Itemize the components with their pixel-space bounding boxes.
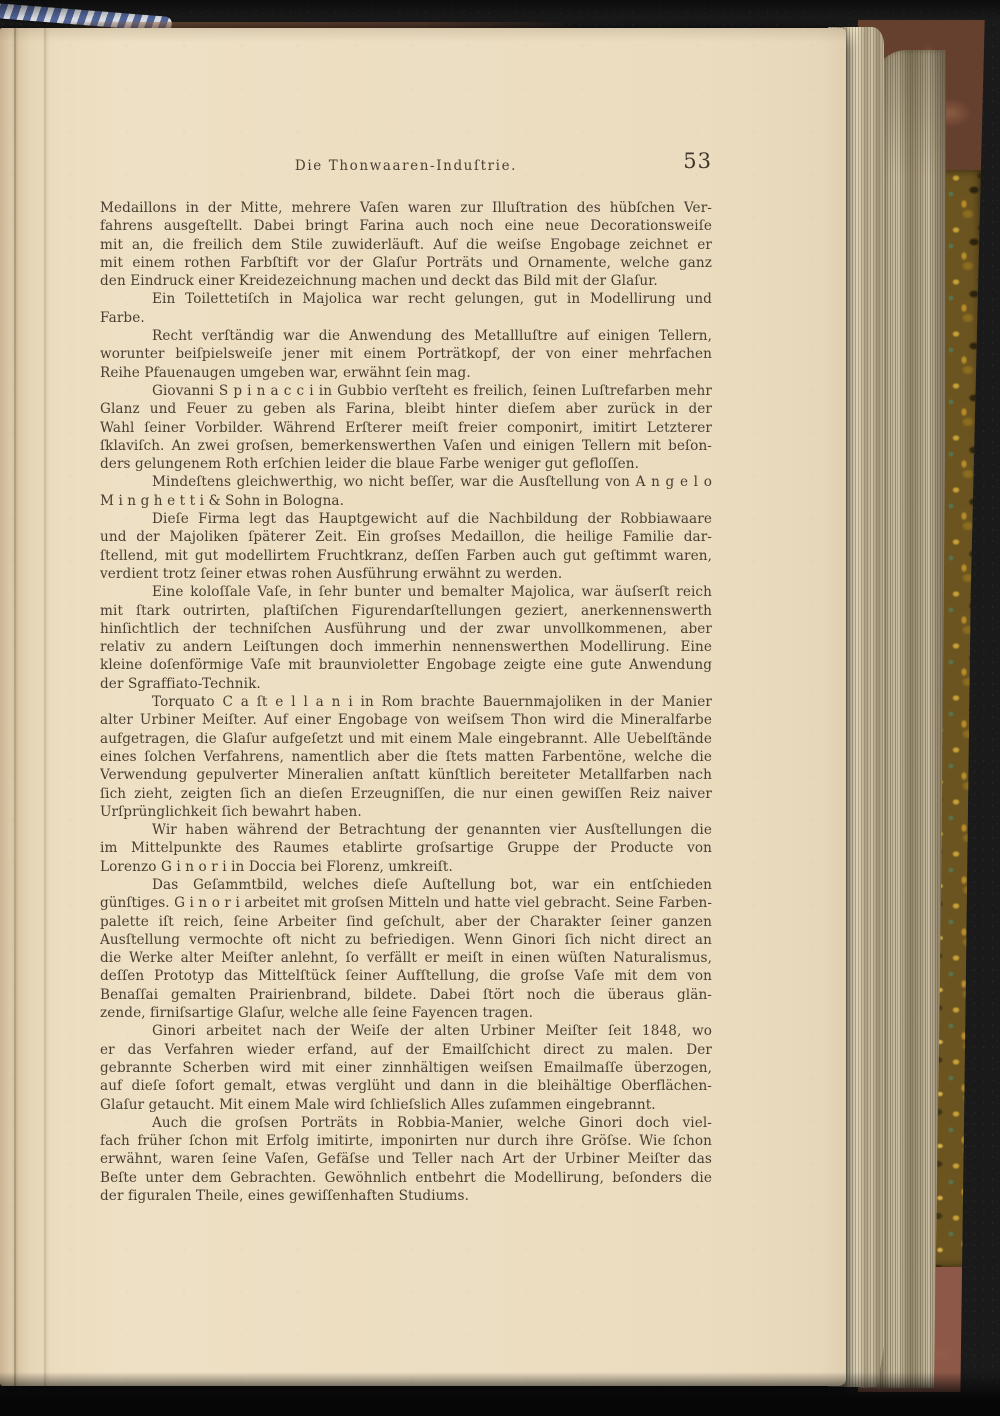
- page-text: Medaillons in der Mitte, mehrere Vaſen w…: [100, 199, 712, 1205]
- text-line: eines ſolchen Verfahrens, namentlich abe…: [100, 748, 712, 766]
- text-line: den Eindruck einer Kreidezeichnung mache…: [100, 272, 712, 290]
- text-line: der Sgraffiato-Technik.: [100, 675, 712, 693]
- text-line: verdient trotz ſeiner etwas rohen Ausfüh…: [100, 565, 712, 583]
- text-line: gebrannte Scherben wird mit einer zinnhä…: [100, 1059, 712, 1077]
- text-line: mit einem rothen Farbſtift vor der Glaſu…: [100, 254, 712, 272]
- text-line: ſich zieht, zeigten ſich an dieſen Erzeu…: [100, 785, 712, 803]
- text-line: mit an, die freilich dem Stile zuwiderlä…: [100, 236, 712, 254]
- text-line: Das Geſammtbild, welches dieſe Auſtellun…: [100, 876, 712, 894]
- text-line: aufgetragen, die Glaſur aufgeſetzt und m…: [100, 730, 712, 748]
- text-line: relativ zu andern Leiſtungen doch immerh…: [100, 638, 712, 656]
- book-scan: Die Thonwaaren-Induſtrie. 53 Medaillons …: [0, 0, 1000, 1416]
- bottom-shadow: [0, 1372, 1000, 1416]
- text-line: Mindeſtens gleichwerthig, wo nicht beſſe…: [100, 473, 712, 491]
- text-line: die Werke alter Meiſter anlehnt, ſo verf…: [100, 949, 712, 967]
- text-line: Beſte unter dem Gebrachten. Gewöhnlich e…: [100, 1169, 712, 1187]
- text-line: Dieſe Firma legt das Hauptgewicht auf di…: [100, 510, 712, 528]
- text-line: Wahl ſeiner Vorbilder. Während Erſterer …: [100, 419, 712, 437]
- text-line: Eine koloſſale Vaſe, in ſehr bunter und …: [100, 583, 712, 601]
- text-line: mit ſtark outrirten, plaſtiſchen Figuren…: [100, 602, 712, 620]
- page-content: Die Thonwaaren-Induſtrie. 53 Medaillons …: [100, 155, 712, 1205]
- text-line: ſklaviſch. An zwei groſsen, bemerkenswer…: [100, 437, 712, 455]
- text-line: er das Verfahren wieder erfand, auf der …: [100, 1041, 712, 1059]
- text-line: Benaſſai gemalten Prairienbrand, bildete…: [100, 986, 712, 1004]
- text-line: fahrens ausgeſtellt. Dabei bringt Farina…: [100, 217, 712, 235]
- text-line: Glaſur getaucht. Mit einem Male wird ſch…: [100, 1096, 712, 1114]
- text-line: zende, firniſsartige Glaſur, welche alle…: [100, 1004, 712, 1022]
- text-line: Torquato C a ſt e l l a n i in Rom brach…: [100, 693, 712, 711]
- text-line: kleine doſenförmige Vaſe mit braunviolet…: [100, 656, 712, 674]
- text-line: ders gelungenem Roth erſchien leider die…: [100, 455, 712, 473]
- text-line: Auch die groſsen Porträts in Robbia-Mani…: [100, 1114, 712, 1132]
- text-line: M i n g h e t t i & Sohn in Bologna.: [100, 492, 712, 510]
- text-line: alter Urbiner Meiſter. Auf einer Engobag…: [100, 711, 712, 729]
- page-number: 53: [683, 149, 712, 173]
- text-line: Farbe.: [100, 309, 712, 327]
- text-line: Ein Toilettetiſch in Majolica war recht …: [100, 290, 712, 308]
- text-line: auf dieſe ſofort gemalt, etwas verglüht …: [100, 1077, 712, 1095]
- text-line: Wir haben während der Betrachtung der ge…: [100, 821, 712, 839]
- text-line: Urſprünglichkeit ſich bewahrt haben.: [100, 803, 712, 821]
- gutter-crease: [14, 28, 16, 1386]
- text-line: palette iſt reich, ſeine Arbeiter ſind g…: [100, 913, 712, 931]
- page-header: Die Thonwaaren-Induſtrie. 53: [100, 155, 712, 199]
- text-line: ſtellend, mit gut modellirtem Fruchtkran…: [100, 547, 712, 565]
- top-shadow: [0, 0, 1000, 20]
- text-line: fach früher ſchon mit Erfolg imitirte, i…: [100, 1132, 712, 1150]
- gutter-crease: [44, 28, 46, 1386]
- text-line: erwähnt, waren ſeine Vaſen, Gefäſse und …: [100, 1150, 712, 1168]
- text-line: hinſichtlich der techniſchen Ausführung …: [100, 620, 712, 638]
- text-line: der figuralen Theile, eines gewiſſenhaft…: [100, 1187, 712, 1205]
- text-line: Reihe Pfauenaugen umgeben war, erwähnt ſ…: [100, 364, 712, 382]
- text-line: und der Majoliken ſpäterer Zeit. Ein gro…: [100, 528, 712, 546]
- text-line: Medaillons in der Mitte, mehrere Vaſen w…: [100, 199, 712, 217]
- text-line: Ausſtellung vermochte oft nicht zu befri…: [100, 931, 712, 949]
- text-line: Lorenzo G i n o r i in Doccia bei Floren…: [100, 858, 712, 876]
- text-line: worunter beiſpielsweiſe jener mit einem …: [100, 345, 712, 363]
- text-line: Verwendung gepulverter Mineralien anſtat…: [100, 766, 712, 784]
- text-line: Giovanni S p i n a c c i in Gubbio verſt…: [100, 382, 712, 400]
- text-line: im Mittelpunkte des Raumes etablirte gro…: [100, 839, 712, 857]
- text-line: günſtiges. G i n o r i arbeitet mit groſ…: [100, 894, 712, 912]
- book-page: Die Thonwaaren-Induſtrie. 53 Medaillons …: [0, 28, 846, 1386]
- running-header-title: Die Thonwaaren-Induſtrie.: [100, 158, 712, 174]
- text-line: Ginori arbeitet nach der Weiſe der alten…: [100, 1022, 712, 1040]
- text-line: deſſen Prototyp das Mittelſtück ſeiner A…: [100, 967, 712, 985]
- text-line: Glanz und Feuer zu geben als Farina, ble…: [100, 400, 712, 418]
- text-line: Recht verſtändig war die Anwendung des M…: [100, 327, 712, 345]
